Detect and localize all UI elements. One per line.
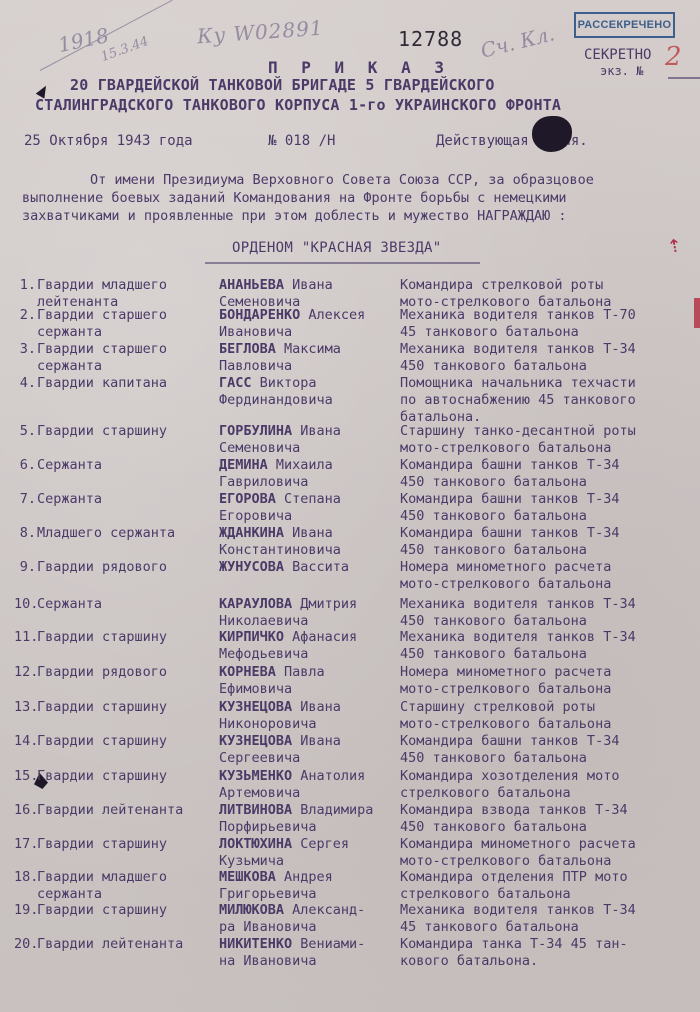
- entry-rank: Гвардии старшину: [37, 836, 227, 853]
- entry-position: Старшину стрелковой роты мото-стрелковог…: [400, 699, 700, 733]
- entry-rank: Гвардии старшину: [37, 699, 227, 716]
- entry-name: КОРНЕВА Павла Ефимовича: [219, 664, 409, 698]
- classification-mark: СЕКРЕТНО: [584, 47, 651, 63]
- declassified-stamp: РАССЕКРЕЧЕНО: [574, 12, 675, 38]
- entry-position: Номера минометного расчета мото-стрелков…: [400, 664, 700, 698]
- entry-number: 19.: [14, 902, 36, 919]
- entry-position: Командира башни танков Т-34 450 танковог…: [400, 525, 700, 559]
- unit-line-2: СТАЛИНГРАДСКОГО ТАНКОВОГО КОРПУСА 1-го У…: [35, 96, 561, 114]
- entry-surname: МЕШКОВА: [219, 869, 284, 885]
- entry-surname: БОНДАРЕНКО: [219, 307, 308, 323]
- entry-surname: ЛИТВИНОВА: [219, 802, 300, 818]
- entry-rank: Гвардии старшего сержанта: [37, 307, 227, 341]
- entry-rank: Гвардии лейтенанта: [37, 936, 227, 953]
- entry-rank: Сержанта: [37, 491, 227, 508]
- entry-surname: ЖУНУСОВА: [219, 559, 292, 575]
- entry-number: 17.: [14, 836, 36, 853]
- entry-surname: ЕГОРОВА: [219, 491, 284, 507]
- entry-number: 16.: [14, 802, 36, 819]
- divider: [668, 77, 700, 79]
- entry-surname: ЖДАНКИНА: [219, 525, 292, 541]
- entry-surname: ЛОКТЮХИНА: [219, 836, 300, 852]
- entry-name: КАРАУЛОВА Дмитрия Николаевича: [219, 596, 409, 630]
- entry-position: Командира башни танков Т-34 450 танковог…: [400, 491, 700, 525]
- copy-label: экз. №: [600, 64, 643, 78]
- entry-position: Механика водителя танков Т-34 450 танков…: [400, 341, 700, 375]
- entry-number: 5.: [14, 423, 36, 440]
- entry-position: Командира башни танков Т-34 450 танковог…: [400, 733, 700, 767]
- entry-name: АНАНЬЕВА Ивана Семеновича: [219, 277, 409, 311]
- entry-number: 20.: [14, 936, 36, 953]
- entry-surname: КОРНЕВА: [219, 664, 284, 680]
- entry-name: БЕГЛОВА Максима Павловича: [219, 341, 409, 375]
- entry-position: Командира хозотделения мото стрелкового …: [400, 768, 700, 802]
- document-number: 12788: [398, 27, 463, 51]
- entry-surname: ГАСС: [219, 375, 260, 391]
- preamble-line: От имени Президиума Верховного Совета Со…: [22, 171, 682, 189]
- entry-rank: Гвардии старшего сержанта: [37, 341, 227, 375]
- entry-name: ЛИТВИНОВА Владимира Порфирьевича: [219, 802, 409, 836]
- entry-number: 9.: [14, 559, 36, 576]
- entry-name: КУЗНЕЦОВА Ивана Никоноровича: [219, 699, 409, 733]
- entry-name: КУЗЬМЕНКО Анатолия Артемовича: [219, 768, 409, 802]
- entry-surname: АНАНЬЕВА: [219, 277, 292, 293]
- entry-number: 15.: [14, 768, 36, 785]
- entry-rank: Гвардии старшину: [37, 902, 227, 919]
- entry-number: 14.: [14, 733, 36, 750]
- entry-rank: Гвардии старшину: [37, 733, 227, 750]
- heading-underline: [205, 262, 480, 264]
- entry-position: Командира стрелковой роты мото-стрелково…: [400, 277, 700, 311]
- entry-rank: Гвардии лейтенанта: [37, 802, 227, 819]
- entry-number: 6.: [14, 457, 36, 474]
- copy-number: 2: [665, 42, 682, 72]
- entry-number: 7.: [14, 491, 36, 508]
- entry-number: 8.: [14, 525, 36, 542]
- entry-rank: Сержанта: [37, 596, 227, 613]
- entry-surname: КАРАУЛОВА: [219, 596, 300, 612]
- entry-position: Механика водителя танков Т-70 45 танково…: [400, 307, 700, 341]
- entry-number: 1.: [14, 277, 36, 294]
- entry-position: Помощника начальника техчасти по автосна…: [400, 375, 700, 426]
- entry-surname: ДЕМИНА: [219, 457, 276, 473]
- entry-number: 12.: [14, 664, 36, 681]
- award-heading: ОРДЕНОМ "КРАСНАЯ ЗВЕЗДА": [232, 240, 442, 256]
- entry-name: ЕГОРОВА Степана Егоровича: [219, 491, 409, 525]
- unit-line-1: 20 ГВАРДЕЙСКОЙ ТАНКОВОЙ БРИГАДЕ 5 ГВАРДЕ…: [70, 76, 495, 94]
- order-date: 25 Октября 1943 года: [24, 133, 193, 149]
- entry-rank: Сержанта: [37, 457, 227, 474]
- entry-rank: Гвардии старшину: [37, 768, 227, 785]
- archive-reference: Ку W02891: [196, 16, 324, 49]
- entry-rank: Гвардии рядового: [37, 664, 227, 681]
- red-pencil-mark: ⇡: [665, 229, 684, 259]
- entry-rank: Гвардии младшего лейтенанта: [37, 277, 227, 311]
- entry-number: 3.: [14, 341, 36, 358]
- entry-name: МИЛЮКОВА Александ- ра Ивановича: [219, 902, 409, 936]
- entry-position: Командира отделения ПТР мото стрелкового…: [400, 869, 700, 903]
- entry-number: 4.: [14, 375, 36, 392]
- entry-name: КИРПИЧКО Афанасия Мефодьевича: [219, 629, 409, 663]
- entry-rank: Гвардии капитана: [37, 375, 227, 392]
- entry-position: Командира башни танков Т-34 450 танковог…: [400, 457, 700, 491]
- entry-surname: КУЗНЕЦОВА: [219, 699, 300, 715]
- preamble-line: выполнение боевых заданий Командования н…: [22, 189, 682, 207]
- handwritten-signature: Сч. Кл.: [478, 21, 557, 62]
- entry-number: 18.: [14, 869, 36, 886]
- entry-rank: Гвардии старшину: [37, 423, 227, 440]
- entry-surname: МИЛЮКОВА: [219, 902, 292, 918]
- entry-position: Механика водителя танков Т-34 45 танково…: [400, 902, 700, 936]
- entry-position: Командира танка Т-34 45 тан- кового бата…: [400, 936, 700, 970]
- entry-surname: КИРПИЧКО: [219, 629, 292, 645]
- entry-name: ГАСС Виктора Фердинандовича: [219, 375, 409, 409]
- entry-surname: БЕГЛОВА: [219, 341, 284, 357]
- order-number: № 018 /Н: [268, 133, 335, 149]
- entry-number: 2.: [14, 307, 36, 324]
- entry-surname: ГОРБУЛИНА: [219, 423, 300, 439]
- entry-rank: Младшего сержанта: [37, 525, 227, 542]
- entry-position: Номера минометного расчета мото-стрелков…: [400, 559, 700, 593]
- entry-position: Командира взвода танков Т-34 450 танково…: [400, 802, 700, 836]
- entry-number: 11.: [14, 629, 36, 646]
- entry-surname: КУЗЬМЕНКО: [219, 768, 300, 784]
- entry-name: ЖУНУСОВА Вассита: [219, 559, 409, 576]
- entry-name: БОНДАРЕНКО Алексея Ивановича: [219, 307, 409, 341]
- entry-name: ГОРБУЛИНА Ивана Семеновича: [219, 423, 409, 457]
- entry-position: Старшину танко-десантной роты мото-стрел…: [400, 423, 700, 457]
- entry-position: Механика водителя танков Т-34 450 танков…: [400, 629, 700, 663]
- entry-number: 13.: [14, 699, 36, 716]
- preamble-line: захватчиками и проявленные при этом добл…: [22, 207, 682, 225]
- entry-surname: НИКИТЕНКО: [219, 936, 300, 952]
- entry-position: Механика водителя танков Т-34 450 танков…: [400, 596, 700, 630]
- preamble: От имени Президиума Верховного Совета Со…: [22, 171, 682, 225]
- entry-name: ДЕМИНА Михаила Гавриловича: [219, 457, 409, 491]
- entry-surname: КУЗНЕЦОВА: [219, 733, 300, 749]
- entry-name: НИКИТЕНКО Вениами- на Ивановича: [219, 936, 409, 970]
- entry-name: ЛОКТЮХИНА Сергея Кузьмича: [219, 836, 409, 870]
- entry-rank: Гвардии старшину: [37, 629, 227, 646]
- document-title: П Р И К А З: [268, 58, 451, 77]
- entry-name: МЕШКОВА Андрея Григорьевича: [219, 869, 409, 903]
- entry-rank: Гвардии рядового: [37, 559, 227, 576]
- entry-name: КУЗНЕЦОВА Ивана Сергеевича: [219, 733, 409, 767]
- entry-rank: Гвардии младшего сержанта: [37, 869, 227, 903]
- entry-name: ЖДАНКИНА Ивана Константиновича: [219, 525, 409, 559]
- entry-number: 10.: [14, 596, 36, 613]
- entry-position: Командира минометного расчета мото-стрел…: [400, 836, 700, 870]
